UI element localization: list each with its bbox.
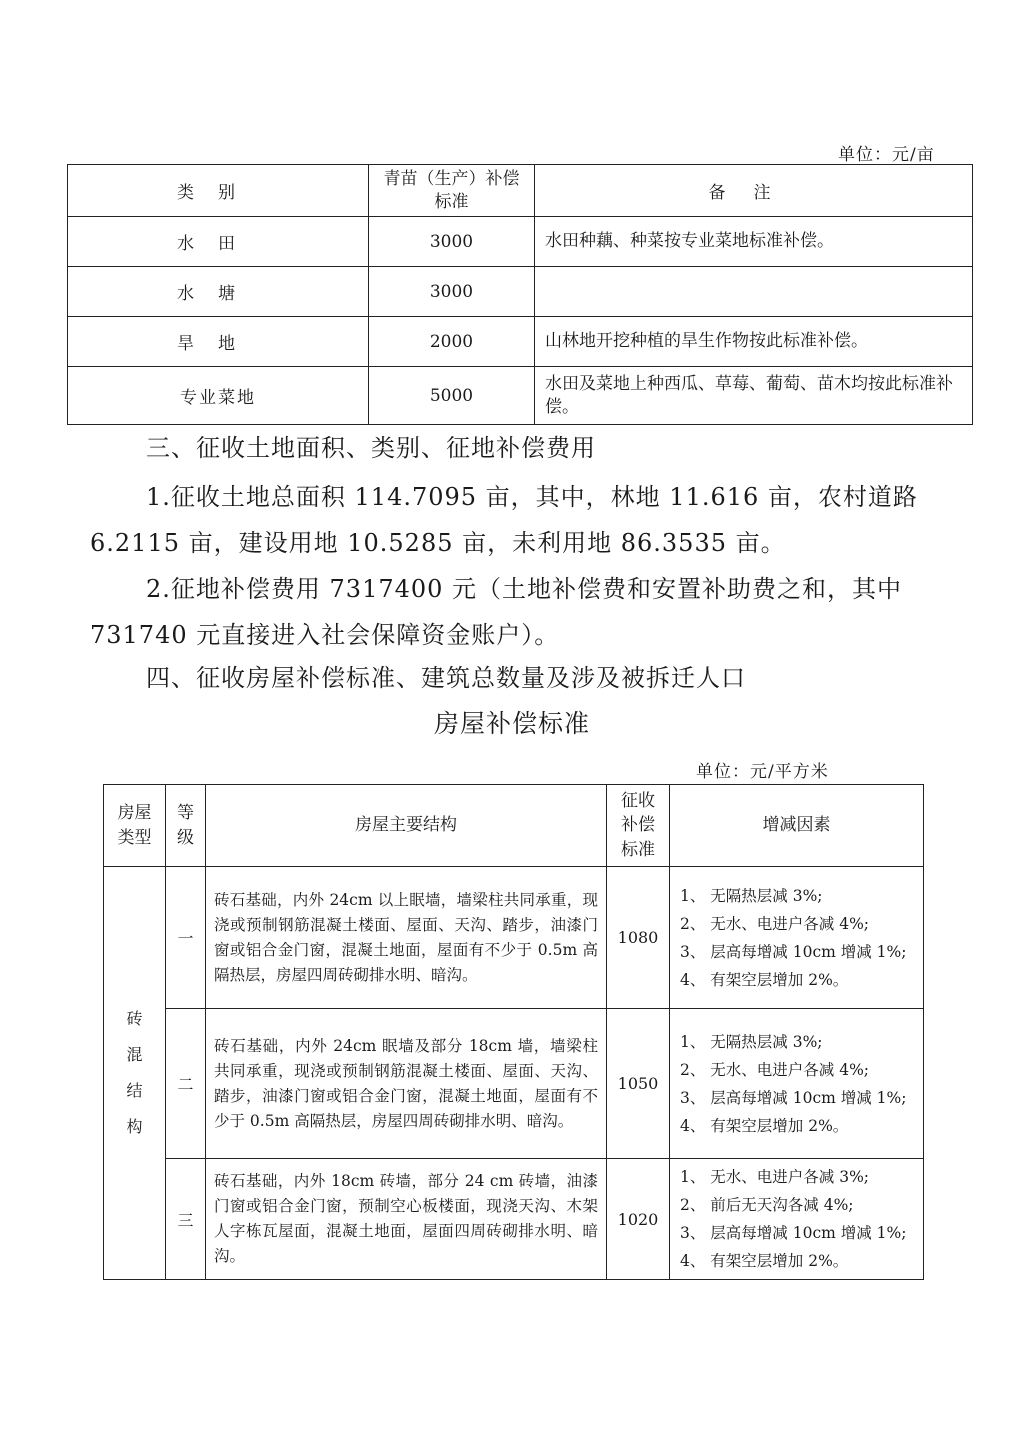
factor-item: 3、 层高每增减 10cm 增减 1%;: [680, 938, 913, 966]
row-standard: 2000: [369, 317, 535, 367]
factor-item: 4、 有架空层增加 2%。: [680, 1247, 913, 1275]
factor-item: 2、 前后无天沟各减 4%;: [680, 1191, 913, 1219]
factors-cell: 1、 无隔热层减 3%; 2、 无水、电进户各减 4%; 3、 层高每增减 10…: [670, 1009, 924, 1159]
header-house-type: 房屋类型: [104, 785, 166, 867]
header-note: 备注: [535, 165, 973, 217]
header-structure: 房屋主要结构: [206, 785, 607, 867]
standard-cell: 1050: [607, 1009, 670, 1159]
factor-item: 1、 无隔热层减 3%;: [680, 882, 913, 910]
row-category: 专业菜地: [68, 367, 369, 425]
table-row: 砖混结构 一 砖石基础，内外 24cm 以上眠墙，墙梁柱共同承重，现浇或预制钢筋…: [104, 867, 924, 1009]
factor-item: 3、 层高每增减 10cm 增减 1%;: [680, 1219, 913, 1247]
row-category: 水塘: [68, 267, 369, 317]
table-header-row: 类别 青苗（生产）补偿标准 备注: [68, 165, 973, 217]
header-grade: 等级: [166, 785, 206, 867]
row-note: 水田及菜地上种西瓜、草莓、葡萄、苗木均按此标准补偿。: [535, 367, 973, 425]
structure-cell: 砖石基础，内外 24cm 眠墙及部分 18cm 墙，墙梁柱共同承重，现浇或预制钢…: [206, 1009, 607, 1159]
house-table-unit: 单位：元/平方米: [696, 757, 829, 782]
header-category: 类别: [68, 165, 369, 217]
row-category: 旱地: [68, 317, 369, 367]
structure-cell: 砖石基础，内外 24cm 以上眠墙，墙梁柱共同承重，现浇或预制钢筋混凝土楼面、屋…: [206, 867, 607, 1009]
section3-para2: 2.征地补偿费用 7317400 元（土地补偿费和安置补助费之和，其中 7317…: [90, 566, 940, 658]
factor-item: 2、 无水、电进户各减 4%;: [680, 910, 913, 938]
row-note: 水田种藕、种菜按专业菜地标准补偿。: [535, 217, 973, 267]
table-row: 专业菜地 5000 水田及菜地上种西瓜、草莓、葡萄、苗木均按此标准补偿。: [68, 367, 973, 425]
table-row: 三 砖石基础，内外 18cm 砖墙，部分 24 cm 砖墙，油漆门窗或铝合金门窗…: [104, 1159, 924, 1280]
section3-heading: 三、征收土地面积、类别、征地补偿费用: [146, 428, 596, 463]
standard-cell: 1020: [607, 1159, 670, 1280]
row-note: [535, 267, 973, 317]
factor-item: 1、 无水、电进户各减 3%;: [680, 1163, 913, 1191]
header-standard: 青苗（生产）补偿标准: [369, 165, 535, 217]
row-note: 山林地开挖种植的旱生作物按此标准补偿。: [535, 317, 973, 367]
section3-para1: 1.征收土地总面积 114.7095 亩，其中，林地 11.616 亩，农村道路…: [90, 474, 940, 566]
grade-cell: 三: [166, 1159, 206, 1280]
grade-cell: 一: [166, 867, 206, 1009]
factor-item: 4、 有架空层增加 2%。: [680, 966, 913, 994]
house-type-cell: 砖混结构: [104, 867, 166, 1280]
table-row: 旱地 2000 山林地开挖种植的旱生作物按此标准补偿。: [68, 317, 973, 367]
header-standard: 征收补偿标准: [607, 785, 670, 867]
row-category: 水田: [68, 217, 369, 267]
house-compensation-table: 房屋类型 等级 房屋主要结构 征收补偿标准 增减因素 砖混结构 一 砖石基础，内…: [103, 784, 924, 1280]
house-table-title: 房屋补偿标准: [0, 704, 1024, 740]
factor-item: 1、 无隔热层减 3%;: [680, 1028, 913, 1056]
crop-compensation-table: 类别 青苗（生产）补偿标准 备注 水田 3000 水田种藕、种菜按专业菜地标准补…: [67, 164, 973, 425]
row-standard: 5000: [369, 367, 535, 425]
crop-table-unit: 单位：元/亩: [838, 140, 935, 165]
table-row: 水塘 3000: [68, 267, 973, 317]
grade-cell: 二: [166, 1009, 206, 1159]
row-standard: 3000: [369, 217, 535, 267]
table-row: 水田 3000 水田种藕、种菜按专业菜地标准补偿。: [68, 217, 973, 267]
standard-cell: 1080: [607, 867, 670, 1009]
header-factors: 增减因素: [670, 785, 924, 867]
section4-heading: 四、征收房屋补偿标准、建筑总数量及涉及被拆迁人口: [146, 658, 746, 693]
table-row: 二 砖石基础，内外 24cm 眠墙及部分 18cm 墙，墙梁柱共同承重，现浇或预…: [104, 1009, 924, 1159]
factor-item: 3、 层高每增减 10cm 增减 1%;: [680, 1084, 913, 1112]
factors-cell: 1、 无隔热层减 3%; 2、 无水、电进户各减 4%; 3、 层高每增减 10…: [670, 867, 924, 1009]
factors-cell: 1、 无水、电进户各减 3%; 2、 前后无天沟各减 4%; 3、 层高每增减 …: [670, 1159, 924, 1280]
table-header-row: 房屋类型 等级 房屋主要结构 征收补偿标准 增减因素: [104, 785, 924, 867]
factor-item: 2、 无水、电进户各减 4%;: [680, 1056, 913, 1084]
structure-cell: 砖石基础，内外 18cm 砖墙，部分 24 cm 砖墙，油漆门窗或铝合金门窗，预…: [206, 1159, 607, 1280]
factor-item: 4、 有架空层增加 2%。: [680, 1112, 913, 1140]
row-standard: 3000: [369, 267, 535, 317]
